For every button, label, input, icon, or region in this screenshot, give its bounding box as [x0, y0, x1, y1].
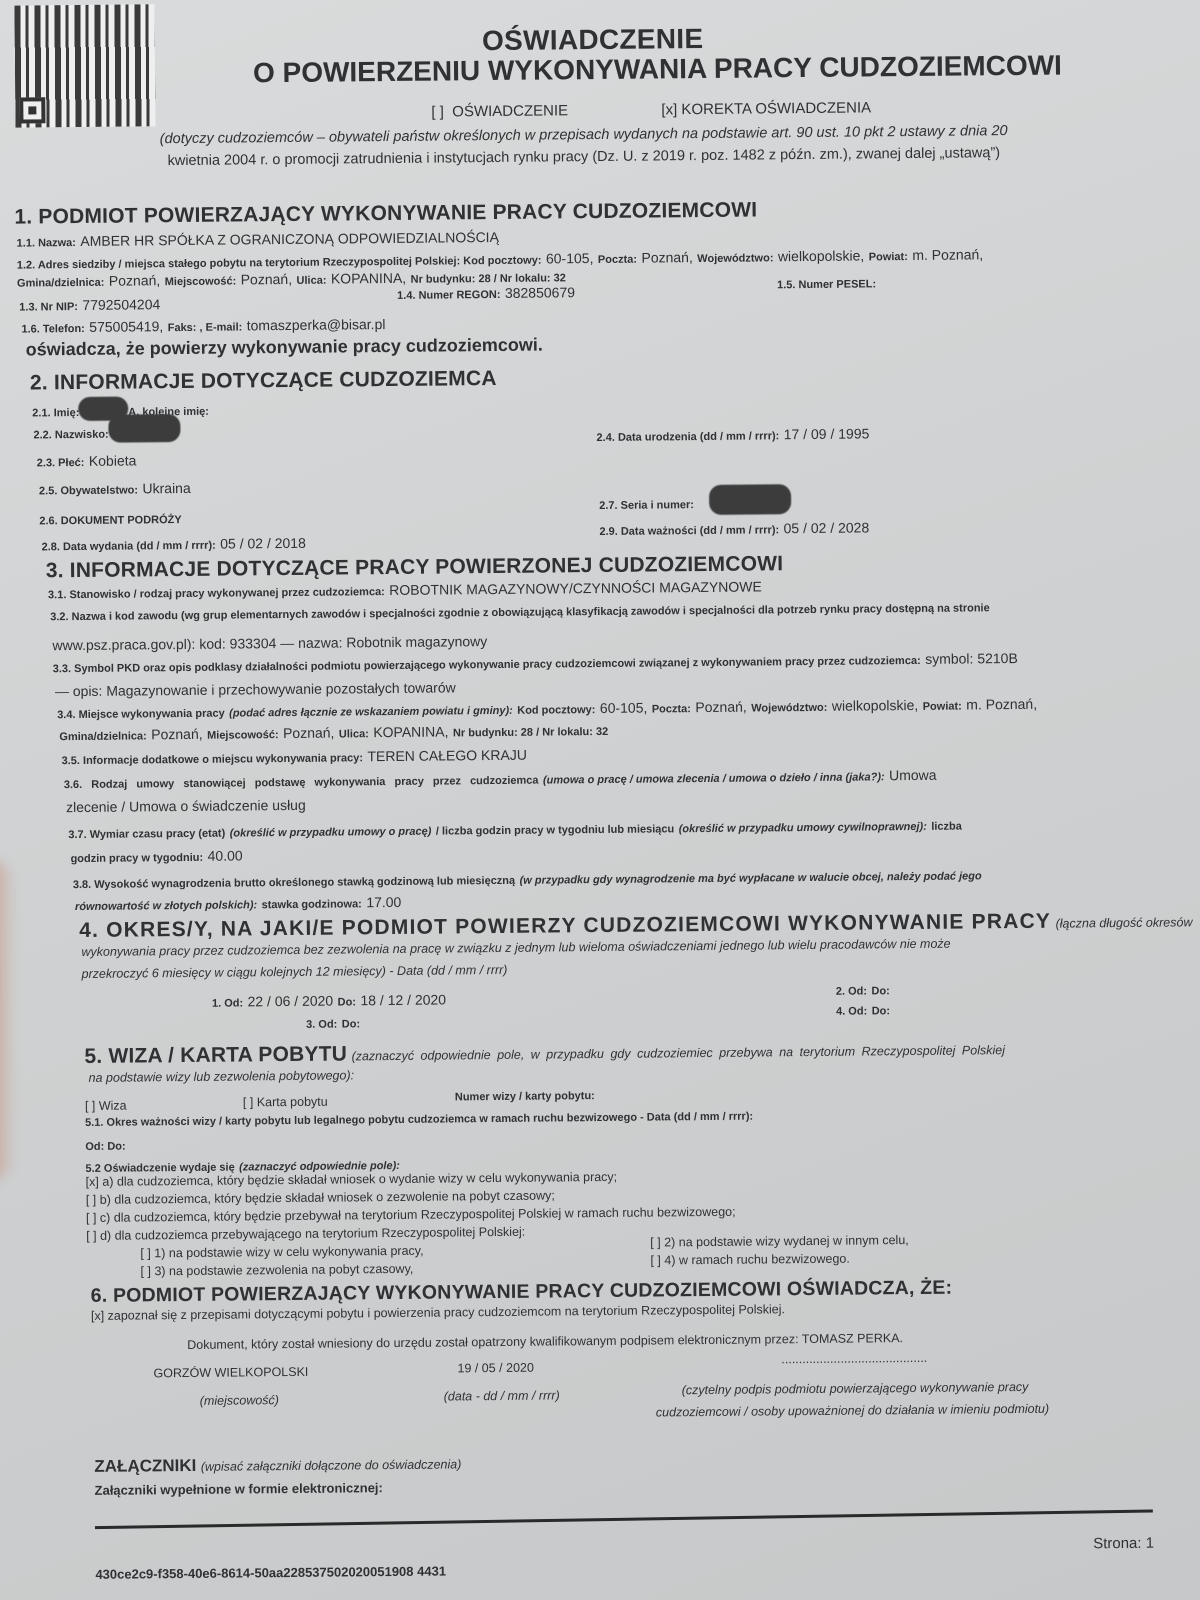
- label-work-ulica: Ulica:: [339, 728, 369, 740]
- label-fax-email: Faks: , E-mail:: [168, 321, 243, 334]
- label-sex: 2.3. Płeć:: [37, 457, 85, 469]
- value-citizenship: Ukraina: [142, 480, 190, 496]
- value-period-1-to: 18 / 12 / 2020: [360, 991, 446, 1008]
- suboption-1[interactable]: [ ] 1) na podstawie wizy w celu wykonywa…: [140, 1244, 423, 1261]
- option-5-2-b[interactable]: [ ] b) dla cudzoziemca, który będzie skł…: [86, 1188, 555, 1207]
- value-date: 19 / 05 / 2020: [457, 1361, 534, 1376]
- field-2-3: 2.3. Płeć: Kobieta: [37, 452, 137, 471]
- qr-code: [14, 4, 155, 127]
- label-work-gmina: Gmina/dzielnica:: [59, 730, 147, 743]
- redaction-surname: [108, 414, 180, 443]
- label-period-2-from: 2. Od:: [836, 985, 867, 997]
- value-5-1: Od: Do:: [85, 1141, 125, 1153]
- value-work-poczta: Poznań,: [695, 699, 747, 715]
- label-3-8: 3.8. Wysokość wynagrodzenia brutto okreś…: [73, 875, 515, 891]
- declaration-statement: oświadcza, że powierzy wykonywanie pracy…: [26, 335, 543, 361]
- footer-document-id: 430ce2c9-f358-40e6-8614-50aa228537502020…: [95, 1564, 446, 1582]
- field-3-5: 3.5. Informacje dodatkowe o miejscu wyko…: [62, 747, 527, 769]
- value-work-powiat: m. Poznań,: [966, 696, 1037, 713]
- value-hourly-rate: 17.00: [366, 894, 401, 910]
- title-line-2: O POWIERZENIU WYKONYWANIA PRACY CUDZOZIE…: [253, 50, 1062, 90]
- value-powiat: m. Poznań,: [912, 246, 983, 263]
- text-5-2-d: d) dla cudzoziemca przebywającego na ter…: [100, 1225, 525, 1243]
- field-2-5: 2.5. Obywatelstwo: Ukraina: [39, 480, 191, 499]
- label-period-4-to: Do:: [872, 1005, 890, 1017]
- value-work-gmina: Poznań,: [151, 726, 203, 742]
- checkbox-sub-1[interactable]: [ ]: [140, 1246, 151, 1260]
- text-sub-3: 3) na podstawie zezwolenia na pobyt czas…: [154, 1262, 413, 1278]
- label-visa-number: Numer wizy / karty pobytu:: [455, 1090, 595, 1103]
- field-3-7-value: godzin pracy w tygodniu: 40.00: [70, 847, 242, 867]
- label-work-poczta: Poczta:: [652, 703, 691, 715]
- section-4-note-3: przekroczyć 6 miesięcy w ciągu kolejnych…: [82, 963, 508, 981]
- value-company-name: AMBER HR SPÓŁKA Z OGRANICZONĄ ODPOWIEDZI…: [80, 229, 499, 249]
- checkbox-karta-pobytu[interactable]: [ ]: [243, 1095, 254, 1109]
- text-sub-1: 1) na podstawie wizy w celu wykonywania …: [154, 1244, 423, 1261]
- checkbox-5-2-a[interactable]: [x]: [86, 1175, 99, 1189]
- checkbox-sub-3[interactable]: [ ]: [140, 1264, 151, 1278]
- intro-note: (dotyczy cudzoziemców – obywateli państw…: [104, 120, 1064, 173]
- section-5-heading: 5. WIZA / KARTA POBYTU: [84, 1042, 347, 1068]
- footer-rule: [95, 1509, 1153, 1529]
- label-issue-date: 2.8. Data wydania (dd / mm / rrrr):: [41, 540, 215, 554]
- period-1: 1. Od: 22 / 06 / 2020 Do: 18 / 12 / 2020: [212, 991, 446, 1011]
- checkbox-korekta[interactable]: [x]: [661, 101, 677, 118]
- label-travel-document: 2.6. DOKUMENT PODRÓŻY: [39, 514, 182, 527]
- field-3-6: 3.6. Rodzaj umowy stanowiącej podstawę w…: [64, 767, 937, 793]
- value-gmina: Poznań,: [109, 272, 161, 288]
- value-email: tomaszperka@bisar.pl: [247, 316, 386, 333]
- label-surname: 2.2. Nazwisko:: [33, 429, 108, 442]
- label-3-7: 3.7. Wymiar czasu pracy (etat): [68, 828, 225, 842]
- label-gmina: Gmina/dzielnica:: [17, 277, 105, 290]
- label-first-name: 2.1. Imię:: [32, 407, 79, 419]
- value-pkd-description: — opis: Magazynowanie i przechowywanie p…: [55, 679, 456, 699]
- value-work-building: Nr budynku: 28 / Nr lokalu: 32: [453, 726, 608, 739]
- value-contract-type-b: zlecenie / Umowa o świadczenie usług: [66, 797, 306, 815]
- section-4-note-1: (łączna długość okresów: [1056, 915, 1193, 930]
- label-3-4: 3.4. Miejsce wykonywania pracy: [57, 708, 225, 722]
- label-hourly-rate: stawka godzinowa:: [262, 898, 362, 911]
- label-wiza: Wiza: [99, 1099, 127, 1113]
- field-2-4: 2.4. Data urodzenia (dd / mm / rrrr): 17…: [596, 425, 869, 446]
- label-period-1-to: Do:: [338, 996, 356, 1008]
- label-poczta: Poczta:: [598, 254, 637, 266]
- section-1-heading: 1. PODMIOT POWIERZAJĄCY WYKONYWANIE PRAC…: [14, 198, 757, 229]
- section-5-note-2: na podstawie wizy lub zezwolenia pobytow…: [89, 1068, 355, 1085]
- value-sex: Kobieta: [89, 452, 137, 468]
- field-1-6: 1.6. Telefon: 575005419, Faks: , E-mail:…: [21, 316, 385, 337]
- value-regon: 382850679: [505, 284, 575, 301]
- label-3-7-mid: / liczba godzin pracy w tygodniu lub mie…: [436, 823, 674, 837]
- field-2-8: 2.8. Data wydania (dd / mm / rrrr): 05 /…: [41, 535, 305, 556]
- option-karta-pobytu[interactable]: [ ] Karta pobytu: [243, 1095, 328, 1110]
- text-5-2-c: c) dla cudzoziemca, który będzie przebyw…: [100, 1205, 736, 1225]
- field-3-7: 3.7. Wymiar czasu pracy (etat) (określić…: [68, 817, 962, 844]
- choice-korekta[interactable]: [x] KOREKTA OŚWIADCZENIA: [661, 99, 871, 118]
- field-1-1: 1.1. Nazwa: AMBER HR SPÓŁKA Z OGRANICZON…: [17, 229, 499, 252]
- value-expiry-date: 05 / 02 / 2028: [783, 519, 869, 536]
- checkbox-sub-2[interactable]: [ ]: [650, 1235, 661, 1249]
- label-nip: 1.3. Nr NIP:: [19, 301, 78, 314]
- caption-signature-1: (czytelny podpis podmiotu powierzającego…: [682, 1380, 1029, 1397]
- period-4: 4. Od: Do:: [836, 1001, 890, 1020]
- text-sub-4: 4) w ramach ruchu bezwizowego.: [664, 1252, 850, 1268]
- choice-oswiadczenie[interactable]: [ ] OŚWIADCZENIE: [431, 102, 568, 120]
- value-position: ROBOTNIK MAGAZYNOWY/CZYNNOŚCI MAGAZYNOWE: [389, 578, 762, 598]
- label-1-1: 1.1. Nazwa:: [17, 237, 76, 250]
- label-period-2-to: Do:: [871, 985, 889, 997]
- field-3-4-cont: Gmina/dzielnica: Poznań, Miejscowość: Po…: [59, 722, 608, 745]
- label-dob: 2.4. Data urodzenia (dd / mm / rrrr):: [596, 430, 779, 444]
- section-2-heading: 2. INFORMACJE DOTYCZĄCE CUDZOZIEMCA: [30, 367, 497, 395]
- hint-3-7a: (określić w przypadku umowy o pracę): [230, 826, 432, 840]
- label-pesel: 1.5. Numer PESEL:: [777, 278, 876, 291]
- section-5-note-1: (zaznaczyć odpowiednie pole, w przypadku…: [351, 1043, 1005, 1063]
- label-3-7-tail: liczba: [931, 821, 962, 833]
- label-ulica: Ulica:: [296, 275, 326, 287]
- checkbox-oswiadczenie[interactable]: [ ]: [431, 103, 444, 120]
- hint-3-8b: równowartość w złotych polskich):: [75, 899, 257, 913]
- label-regon: 1.4. Numer REGON:: [397, 289, 500, 302]
- field-3-4: 3.4. Miejsce wykonywania pracy (podać ad…: [57, 696, 1037, 723]
- label-powiat: Powiat:: [869, 251, 908, 263]
- suboption-3[interactable]: [ ] 3) na podstawie zezwolenia na pobyt …: [140, 1262, 413, 1279]
- field-2-2: 2.2. Nazwisko:: [33, 425, 108, 444]
- intro-line-2: kwietnia 2004 r. o promocji zatrudnienia…: [168, 145, 1001, 169]
- checkbox-5-2-d[interactable]: [ ]: [86, 1229, 97, 1243]
- period-3: 3. Od: Do:: [306, 1014, 360, 1033]
- value-work-postal: 60-105,: [600, 700, 648, 716]
- label-karta-pobytu: Karta pobytu: [257, 1095, 328, 1110]
- label-miejscowosc: Miejscowość:: [165, 275, 237, 288]
- label-phone: 1.6. Telefon:: [21, 323, 84, 336]
- label-work-woj: Województwo:: [751, 702, 827, 715]
- value-nip: 7792504204: [82, 296, 160, 313]
- value-work-miejscowosc: Poznań,: [283, 725, 335, 741]
- choice-oswiadczenie-label: OŚWIADCZENIE: [452, 102, 568, 120]
- text-sub-2: 2) na podstawie wizy wydanej w innym cel…: [664, 1233, 909, 1249]
- qr-finder-pattern: [19, 97, 45, 123]
- choice-korekta-label: KOREKTA OŚWIADCZENIA: [681, 99, 871, 118]
- label-hours-per-week: godzin pracy w tygodniu:: [70, 852, 203, 865]
- caption-place: (miejscowość): [200, 1393, 279, 1408]
- value-work-ulica: KOPANINA,: [373, 723, 448, 740]
- attachments-header: ZAŁĄCZNIKI (wpisać załączniki dołączone …: [94, 1453, 461, 1477]
- field-1-3: 1.3. Nr NIP: 7792504204: [19, 296, 160, 315]
- value-occupation-code: www.psz.praca.gov.pl): kod: 933304 — naz…: [52, 633, 487, 653]
- option-5-2-c[interactable]: [ ] c) dla cudzoziemca, który będzie prz…: [86, 1205, 736, 1225]
- value-work-woj: wielkopolskie,: [832, 697, 919, 714]
- label-period-3-to: Do:: [342, 1018, 360, 1030]
- text-5-2-b: b) dla cudzoziemca, który będzie składał…: [100, 1188, 555, 1206]
- checkbox-5-2-c[interactable]: [ ]: [86, 1211, 97, 1225]
- field-2-7: 2.7. Seria i numer:: [599, 495, 694, 514]
- value-place: GORZÓW WIELKOPOLSKI: [153, 1365, 308, 1380]
- value-phone: 575005419,: [89, 318, 163, 335]
- label-3-3: 3.3. Symbol PKD oraz opis podklasy dział…: [53, 655, 921, 675]
- hint-3-4: (podać adres łącznie ze wskazaniem powia…: [229, 705, 513, 720]
- caption-date: (data - dd / mm / rrrr): [444, 1388, 560, 1403]
- attachments-heading: ZAŁĄCZNIKI: [94, 1456, 196, 1476]
- section-5-header: 5. WIZA / KARTA POBYTU (zaznaczyć odpowi…: [84, 1036, 1005, 1069]
- suboption-2[interactable]: [ ] 2) na podstawie wizy wydanej w innym…: [650, 1233, 909, 1249]
- attachments-electronic-label: Załączniki wypełnione w formie elektroni…: [95, 1480, 383, 1498]
- label-period-1-from: 1. Od:: [212, 997, 243, 1009]
- redaction-serial-number: [709, 484, 791, 515]
- label-period-3-from: 3. Od:: [306, 1019, 337, 1031]
- signature-note: Dokument, który został wniesiony do urzę…: [187, 1331, 903, 1352]
- section-6-heading: 6. PODMIOT POWIERZAJĄCY WYKONYWANIE PRAC…: [91, 1277, 953, 1308]
- label-expiry-date: 2.9. Data ważności (dd / mm / rrrr):: [599, 524, 779, 538]
- label-citizenship: 2.5. Obywatelstwo:: [39, 484, 138, 497]
- field-1-5: 1.5. Numer PESEL:: [777, 274, 876, 293]
- label-5-1: 5.1. Okres ważności wizy / karty pobytu …: [85, 1111, 753, 1129]
- label-period-4-from: 4. Od:: [836, 1005, 867, 1017]
- document-page: OŚWIADCZENIE O POWIERZENIU WYKONYWANIA P…: [0, 0, 1200, 1600]
- period-2: 2. Od: Do:: [836, 981, 890, 1000]
- signature-line: ........................................…: [781, 1351, 927, 1366]
- suboption-4[interactable]: [ ] 4) w ramach ruchu bezwizowego.: [650, 1252, 850, 1268]
- attachments-hint: (wpisać załączniki dołączone do oświadcz…: [201, 1457, 462, 1474]
- label-3-1: 3.1. Stanowisko / rodzaj pracy wykonywan…: [48, 586, 385, 601]
- value-period-1-from: 22 / 06 / 2020: [247, 993, 333, 1010]
- label-wojewodztwo: Województwo:: [697, 252, 773, 265]
- value-miejscowosc: Poznań,: [241, 271, 293, 287]
- section-4-header: 4. OKRES/Y, NA JAKI/E PODMIOT POWIERZY C…: [79, 908, 1192, 943]
- label-3-2: 3.2. Nazwa i kod zawodu (wg grup element…: [50, 602, 990, 623]
- hint-3-7b: (określić w przypadku umowy cywilnoprawn…: [679, 821, 927, 835]
- value-issue-date: 05 / 02 / 2018: [220, 535, 306, 552]
- hint-3-8: (w przypadku gdy wynagrodzenie ma być wy…: [520, 870, 982, 886]
- caption-signature-2: cudzoziemcowi / osoby upoważnionej do dz…: [656, 1402, 1049, 1420]
- value-dob: 17 / 09 / 1995: [784, 425, 870, 442]
- field-3-8-value: równowartość w złotych polskich): stawka…: [75, 894, 402, 915]
- label-serial-number: 2.7. Seria i numer:: [599, 499, 694, 512]
- value-contract-type-a: Umowa: [889, 767, 937, 783]
- field-2-6: 2.6. DOKUMENT PODRÓŻY: [39, 510, 182, 529]
- field-1-4: 1.4. Numer REGON: 382850679: [397, 284, 575, 304]
- label-work-postal: Kod pocztowy:: [517, 704, 595, 717]
- checkbox-5-2-b[interactable]: [ ]: [86, 1193, 97, 1207]
- value-wojewodztwo: wielkopolskie,: [778, 247, 865, 264]
- value-ulica: KOPANINA,: [331, 270, 406, 287]
- hint-3-6: (umowa o pracę / umowa zlecenia / umowa …: [543, 771, 885, 786]
- label-work-powiat: Powiat:: [923, 701, 962, 713]
- checkbox-wiza[interactable]: [ ]: [85, 1099, 96, 1113]
- checkbox-sub-4[interactable]: [ ]: [650, 1253, 661, 1267]
- field-3-3: 3.3. Symbol PKD oraz opis podklasy dział…: [53, 650, 1018, 677]
- label-3-6: 3.6. Rodzaj umowy stanowiącej podstawę w…: [64, 775, 539, 792]
- option-5-2-d[interactable]: [ ] d) dla cudzoziemca przebywającego na…: [86, 1225, 525, 1243]
- label-3-5: 3.5. Informacje dodatkowe o miejscu wyko…: [62, 752, 363, 767]
- label-work-miejscowosc: Miejscowość:: [207, 729, 279, 742]
- value-hours-per-week: 40.00: [208, 847, 243, 863]
- value-postal-code: 60-105,: [546, 250, 594, 266]
- value-poczta: Poznań,: [641, 249, 693, 265]
- checkbox-statement[interactable]: [x]: [91, 1309, 104, 1323]
- value-work-area: TEREN CAŁEGO KRAJU: [367, 747, 527, 765]
- footer-page-number: Strona: 1: [1093, 1535, 1154, 1553]
- field-2-9: 2.9. Data ważności (dd / mm / rrrr): 05 …: [599, 519, 869, 540]
- intro-line-1: (dotyczy cudzoziemców – obywateli państw…: [160, 123, 1008, 147]
- value-pkd-symbol: symbol: 5210B: [925, 650, 1018, 667]
- field-3-8: 3.8. Wysokość wynagrodzenia brutto okreś…: [73, 866, 982, 893]
- option-wiza[interactable]: [ ] Wiza: [85, 1099, 127, 1113]
